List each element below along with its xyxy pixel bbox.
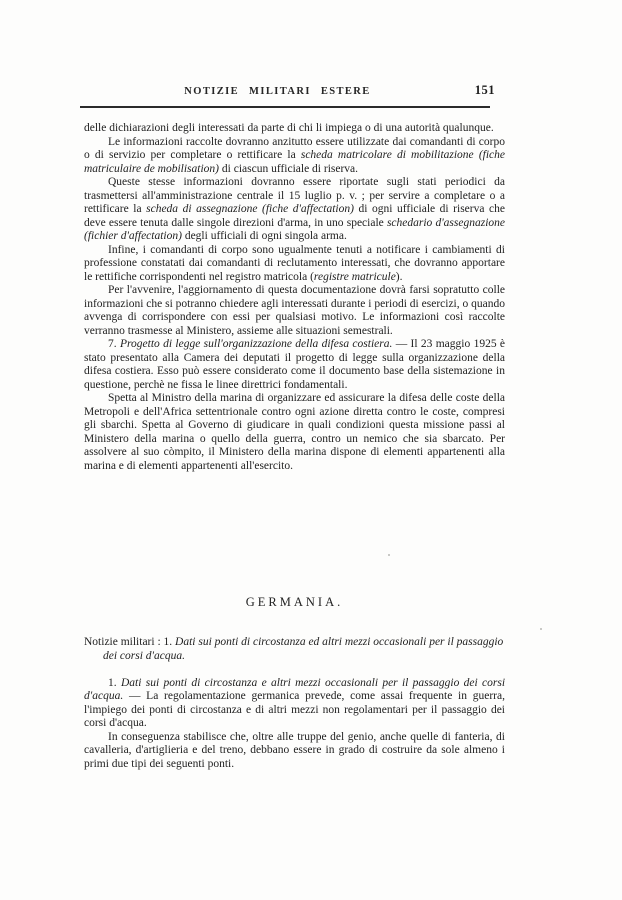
- notizie-index-line: Notizie militari : 1. Dati sui ponti di …: [84, 635, 505, 664]
- page-number: 151: [475, 83, 495, 98]
- paragraph: Per l'avvenire, l'aggiornamento di quest…: [84, 284, 505, 338]
- header-rule: [80, 106, 490, 108]
- paragraph: Spetta al Ministro della marina di organ…: [84, 392, 505, 473]
- scanned-book-page: NOTIZIE MILITARI ESTERE 151 delle dichia…: [0, 0, 622, 900]
- running-header: NOTIZIE MILITARI ESTERE 151: [84, 86, 505, 101]
- italic-item-title: Progetto di legge sull'organizzazione de…: [120, 338, 392, 350]
- paragraph-continuation: delle dichiarazioni degli interessati da…: [84, 122, 505, 136]
- text-block: NOTIZIE MILITARI ESTERE 151 delle dichia…: [84, 86, 505, 473]
- text-segment: Spetta al Ministro della marina di organ…: [84, 392, 505, 472]
- text-segment: degli ufficiali di ogni singola arma.: [182, 230, 347, 242]
- text-segment: di ciascun ufficiale di riserva.: [219, 163, 358, 175]
- scan-speck: [540, 628, 542, 630]
- text-segment: — La regolamentazione germanica prevede,…: [84, 690, 505, 729]
- paragraph: Queste stesse informazioni dovranno esse…: [84, 176, 505, 244]
- body-text: delle dichiarazioni degli interessati da…: [84, 122, 505, 473]
- text-segment: Per l'avvenire, l'aggiornamento di quest…: [84, 284, 505, 337]
- paragraph: Infine, i comandanti di corpo sono ugual…: [84, 244, 505, 285]
- text-segment: Infine, i comandanti di corpo sono ugual…: [84, 244, 505, 283]
- text-segment: delle dichiarazioni degli interessati da…: [84, 122, 494, 134]
- paragraph-numbered-item: 7. Progetto di legge sull'organizzazione…: [84, 338, 505, 392]
- italic-term: scheda di assegnazione (fiche d'affectat…: [146, 203, 354, 215]
- paragraph: In conseguenza stabilisce che, oltre all…: [84, 731, 505, 772]
- text-segment: Notizie militari : 1.: [84, 636, 175, 648]
- paragraph-numbered-item: 1. Dati sui ponti di circostanza e altri…: [84, 677, 505, 731]
- text-segment: 7.: [108, 338, 120, 350]
- italic-term: registre matricule: [314, 271, 396, 283]
- running-header-title: NOTIZIE MILITARI ESTERE: [67, 86, 488, 97]
- text-segment: ).: [396, 271, 403, 283]
- scan-speck: [388, 554, 390, 556]
- section-heading: GERMANIA.: [84, 596, 505, 610]
- text-segment: 1.: [108, 677, 121, 689]
- paragraph: Le informazioni raccolte dovranno anzitu…: [84, 136, 505, 177]
- text-segment: In conseguenza stabilisce che, oltre all…: [84, 731, 505, 770]
- section-germania: GERMANIA. Notizie militari : 1. Dati sui…: [84, 596, 505, 771]
